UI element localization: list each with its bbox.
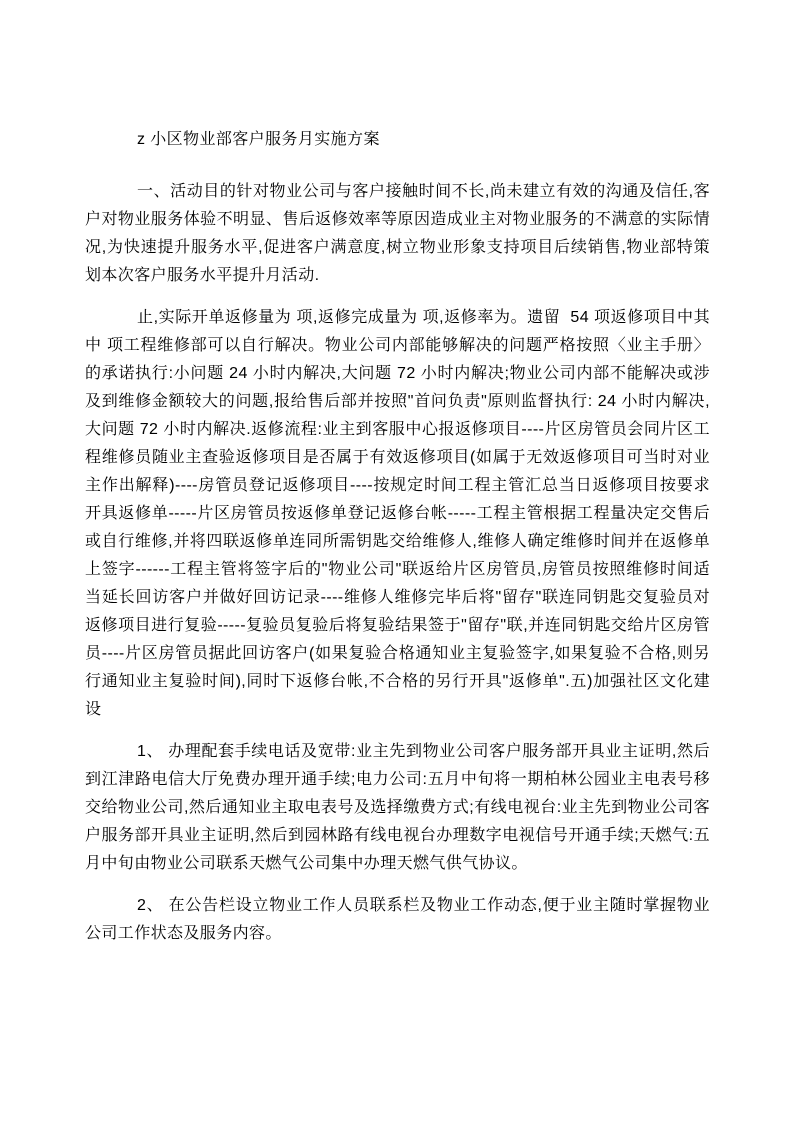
paragraph-activity-purpose: 一、活动目的针对物业公司与客户接触时间不长,尚未建立有效的沟通及信任,客户对物业…: [85, 178, 710, 290]
document-content: z 小区物业部客户服务月实施方案 一、活动目的针对物业公司与客户接触时间不长,尚…: [85, 126, 710, 962]
paragraph-item-2-bulletin-board: 2、 在公告栏设立物业工作人员联系栏及物业工作动态,便于业主随时掌握物业公司工作…: [85, 892, 710, 948]
document-title: z 小区物业部客户服务月实施方案: [85, 126, 710, 154]
paragraph-repair-status-and-process: 止,实际开单返修量为 项,返修完成量为 项,返修率为。遗留 54 项返修项目中其…: [85, 304, 710, 724]
paragraph-item-1-utility-setup: 1、 办理配套手续电话及宽带:业主先到物业公司客户服务部开具业主证明,然后到江津…: [85, 738, 710, 878]
document-page: z 小区物业部客户服务月实施方案 一、活动目的针对物业公司与客户接触时间不长,尚…: [0, 0, 793, 1122]
